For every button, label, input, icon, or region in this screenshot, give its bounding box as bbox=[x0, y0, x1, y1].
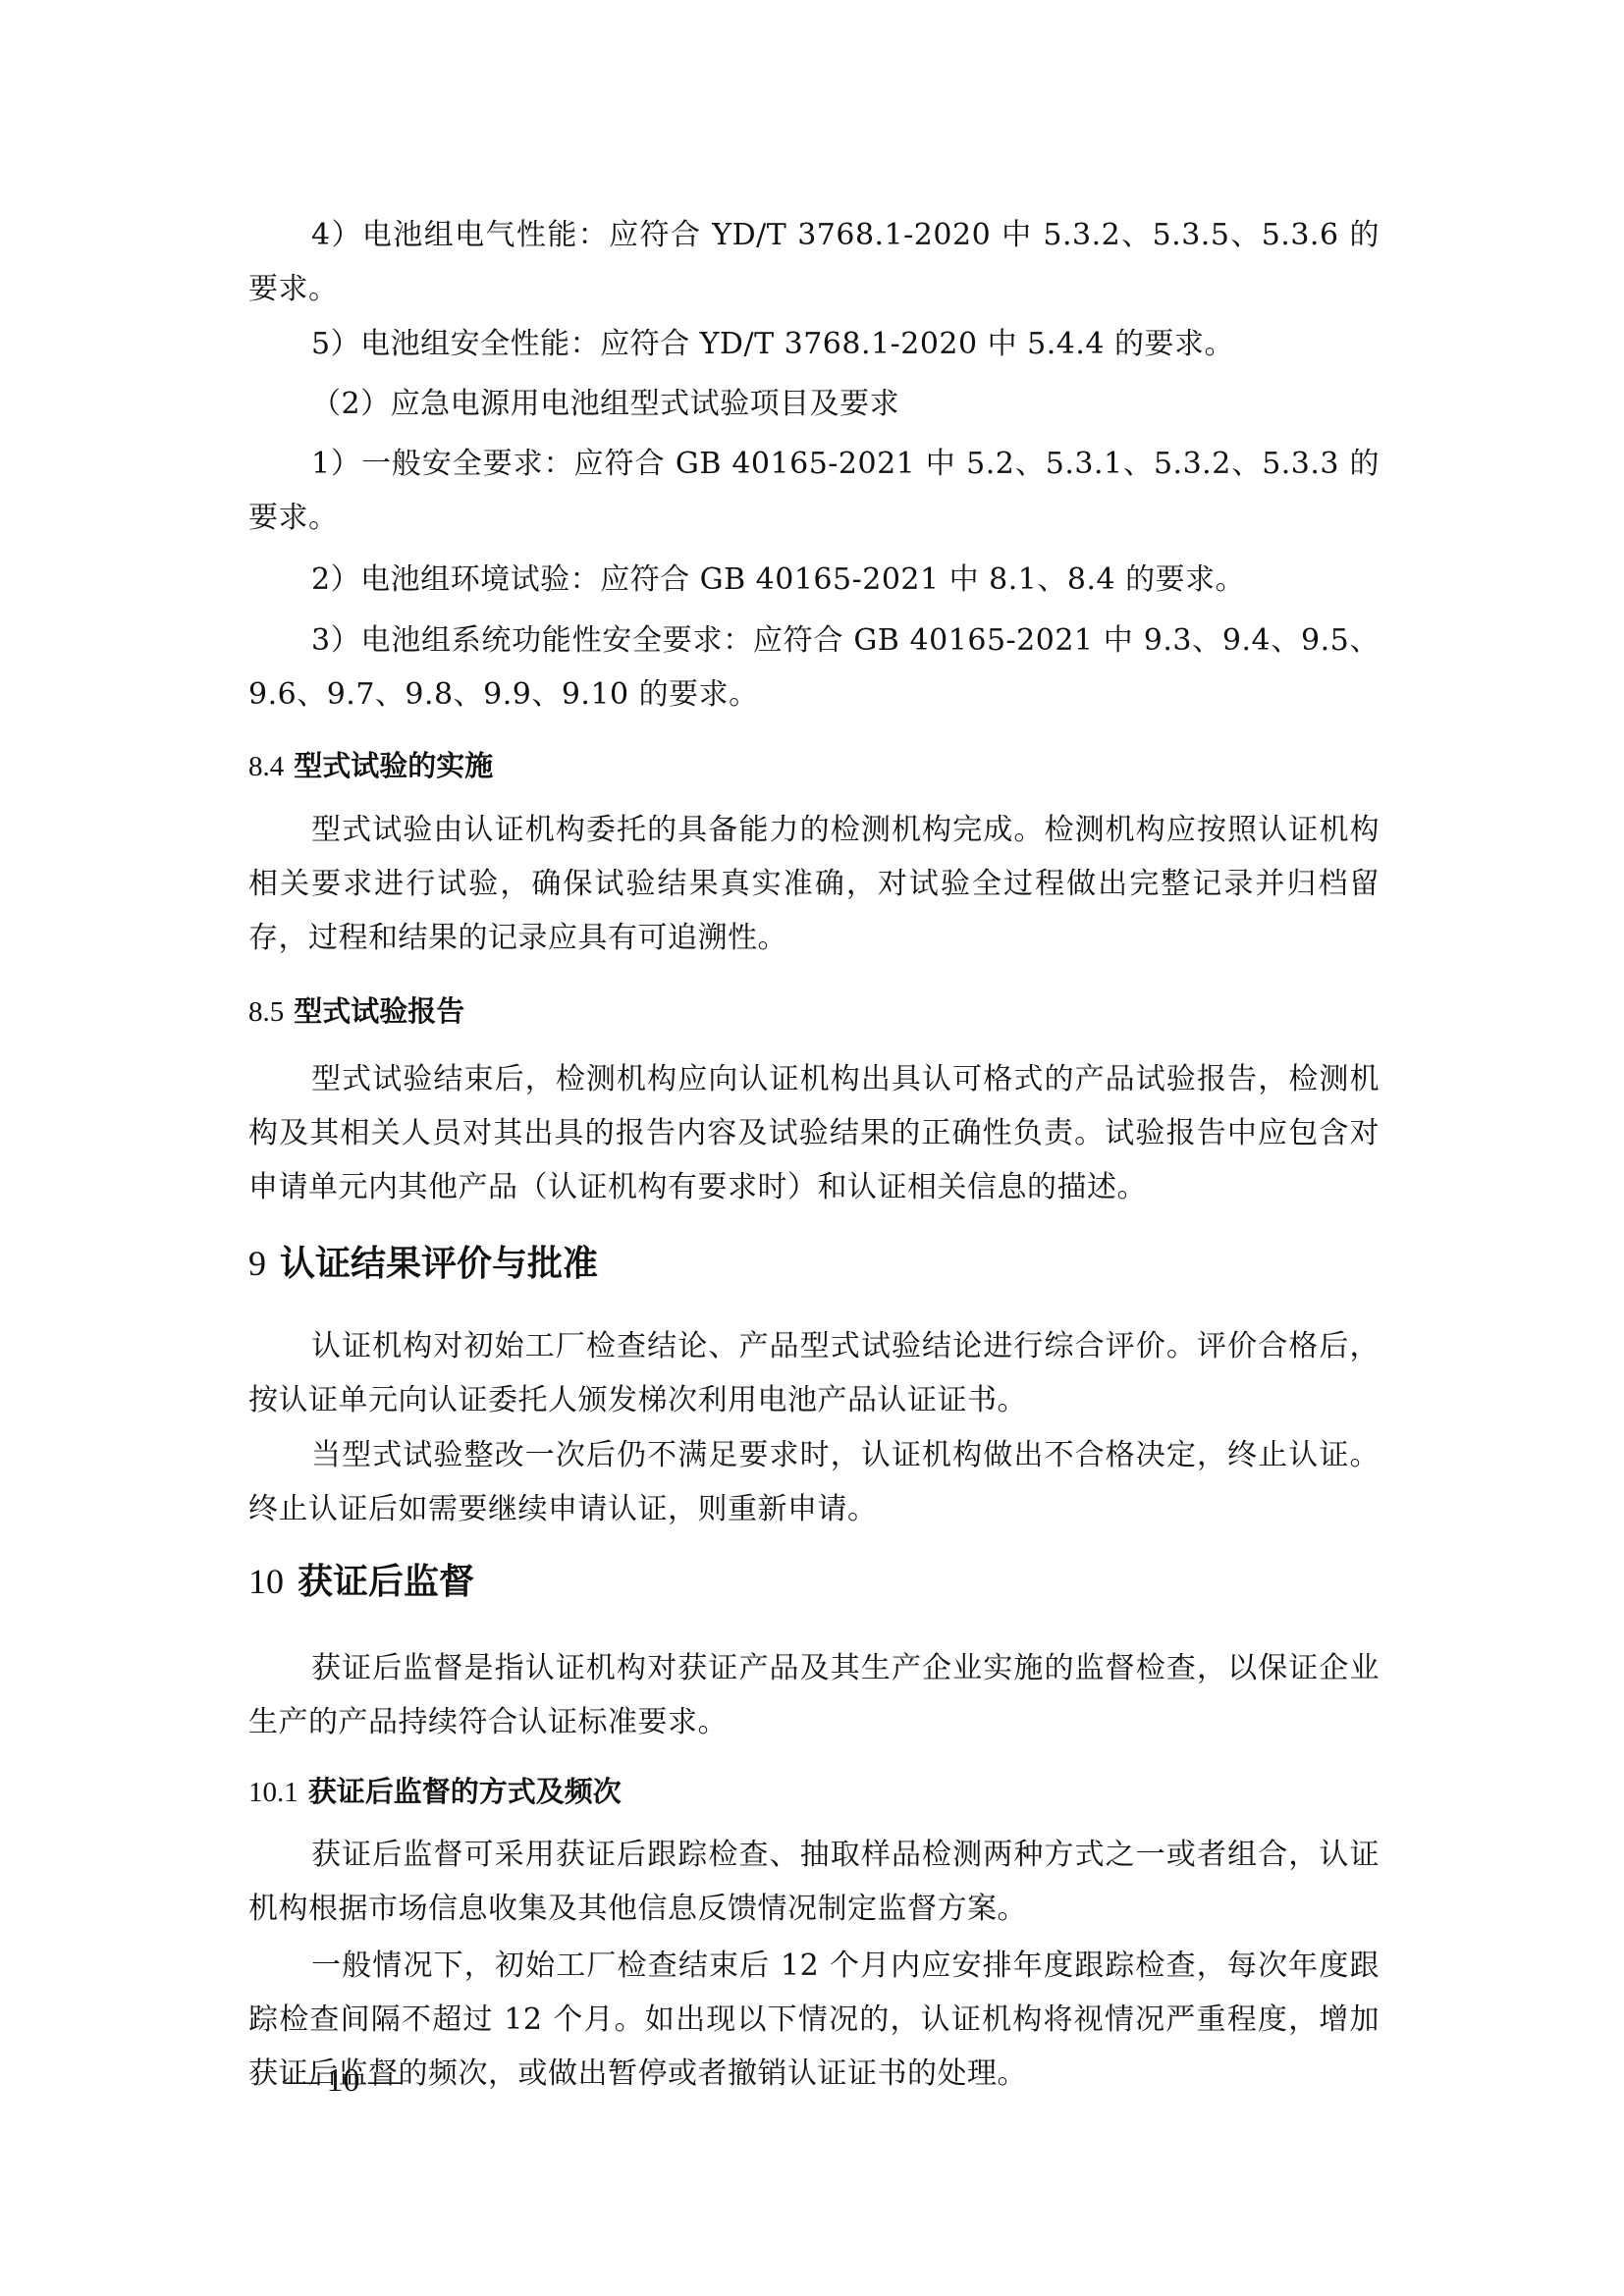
page-number: — 10 — bbox=[285, 2061, 402, 2101]
paragraph-emergency-power-heading: （2）应急电源用电池组型式试验项目及要求 bbox=[248, 377, 1380, 431]
paragraph-post-certification-supervision: 获证后监督是指认证机构对获证产品及其生产企业实施的监督检查，以保证企业生产的产品… bbox=[248, 1641, 1380, 1749]
section-title: 认证结果评价与批准 bbox=[280, 1244, 598, 1284]
section-number: 8.5 bbox=[248, 996, 284, 1028]
paragraph-functional-safety: 3）电池组系统功能性安全要求：应符合 GB 40165-2021 中 9.3、9… bbox=[248, 614, 1380, 721]
paragraph-evaluation: 认证机构对初始工厂检查结论、产品型式试验结论进行综合评价。评价合格后，按认证单元… bbox=[248, 1319, 1380, 1427]
section-number: 10.1 bbox=[248, 1777, 298, 1808]
section-title: 型式试验报告 bbox=[294, 994, 464, 1028]
paragraph-environment-test: 2）电池组环境试验：应符合 GB 40165-2021 中 8.1、8.4 的要… bbox=[248, 553, 1380, 607]
paragraph-type-test-report: 型式试验结束后，检测机构应向认证机构出具认可格式的产品试验报告，检测机构及其相关… bbox=[248, 1052, 1380, 1214]
paragraph-electrical-performance: 4）电池组电气性能：应符合 YD/T 3768.1-2020 中 5.3.2、5… bbox=[248, 208, 1380, 316]
section-heading-10: 10获证后监督 bbox=[248, 1559, 474, 1605]
section-number: 9 bbox=[248, 1244, 266, 1283]
paragraph-supervision-frequency: 一般情况下，初始工厂检查结束后 12 个月内应安排年度跟踪检查，每次年度跟踪检查… bbox=[248, 1939, 1380, 2101]
paragraph-termination: 当型式试验整改一次后仍不满足要求时，认证机构做出不合格决定，终止认证。终止认证后… bbox=[248, 1428, 1380, 1536]
paragraph-general-safety: 1）一般安全要求：应符合 GB 40165-2021 中 5.2、5.3.1、5… bbox=[248, 437, 1380, 545]
paragraph-supervision-methods: 获证后监督可采用获证后跟踪检查、抽取样品检测两种方式之一或者组合，认证机构根据市… bbox=[248, 1828, 1380, 1936]
document-page: 4）电池组电气性能：应符合 YD/T 3768.1-2020 中 5.3.2、5… bbox=[0, 0, 1624, 2296]
paragraph-type-test-implementation: 型式试验由认证机构委托的具备能力的检测机构完成。检测机构应按照认证机构相关要求进… bbox=[248, 803, 1380, 965]
section-number: 8.4 bbox=[248, 751, 284, 782]
section-title: 获证后监督 bbox=[298, 1562, 474, 1602]
section-heading-8-5: 8.5型式试验报告 bbox=[248, 991, 464, 1032]
section-heading-10-1: 10.1获证后监督的方式及频次 bbox=[248, 1772, 622, 1812]
section-heading-9: 9认证结果评价与批准 bbox=[248, 1241, 598, 1287]
paragraph-safety-performance: 5）电池组安全性能：应符合 YD/T 3768.1-2020 中 5.4.4 的… bbox=[248, 317, 1380, 371]
section-number: 10 bbox=[248, 1562, 284, 1601]
section-heading-8-4: 8.4型式试验的实施 bbox=[248, 746, 493, 786]
section-title: 型式试验的实施 bbox=[294, 749, 493, 782]
section-title: 获证后监督的方式及频次 bbox=[308, 1775, 622, 1808]
